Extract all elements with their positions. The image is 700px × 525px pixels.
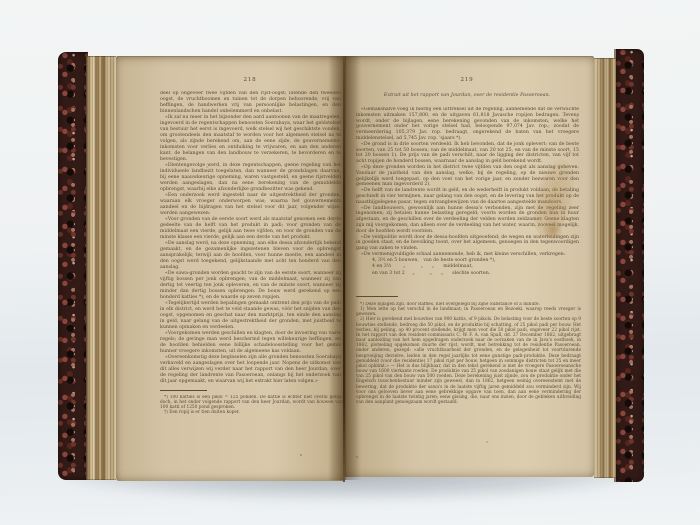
- paragraph: «Ik zal nu meer in het bijzonder den aar…: [160, 115, 341, 163]
- paragraph: «Overeenkomstig deze beginselen zijn all…: [160, 355, 341, 385]
- left-footnote-rule: [160, 390, 207, 391]
- paragraph: «Op deze gronden worden in het district …: [356, 165, 579, 188]
- chapter-header: Extrait uit het rapport van Jourdan, ove…: [356, 92, 578, 98]
- book-gutter-line: [343, 56, 345, 482]
- right-page-footnotes: *) Deze bijlagen zijn, door Raffles, nie…: [356, 302, 581, 476]
- marbled-cover-right: [614, 49, 644, 482]
- foxing-spot: [486, 441, 488, 443]
- footnote: *) 100 katties is één pikol = 125 ponden…: [160, 395, 343, 410]
- footnote: 1) Men lette op het verschil in de landm…: [356, 307, 581, 317]
- foxing-spot: [356, 456, 358, 458]
- foxing-spot: [576, 116, 578, 118]
- right-page-number: 219: [356, 77, 578, 83]
- paragraph: «Voor gronden van de eerste soort werd a…: [160, 217, 341, 241]
- bouwen-list: 4, 3½ en 5 bouwen, van de beste soort gr…: [356, 258, 579, 277]
- photo-canvas: { "palette": { "backdrop": "#eff2f3", "p…: [0, 0, 700, 525]
- open-book: 218 deel op ongeveer twee vijfden van de…: [56, 46, 644, 486]
- paragraph: «Een onderzoek werd ingesteld naar de ui…: [160, 193, 341, 217]
- paragraph: «De grond is in drie soorten verdeeld. I…: [356, 142, 579, 165]
- foxing-spot: [206, 166, 208, 168]
- paragraph: «Tegelijkertijd werden bepalingen gemaak…: [160, 301, 341, 331]
- paragraph: «De sawa-gronden worden geacht te zijn v…: [160, 271, 341, 301]
- left-page-footnotes: *) 100 katties is één pikol = 125 ponden…: [160, 395, 343, 477]
- footnote: †) Een ropij is er tien duiten koper.: [160, 410, 343, 415]
- left-page-number: 218: [160, 77, 340, 83]
- paragraph: «De helft van de landrente wordt in geld…: [356, 188, 579, 205]
- paragraph: «Dientengevolge werd, in deze regentscha…: [160, 163, 341, 193]
- right-page-body-text: «Gemakshalve voeg ik hierbij een uittrek…: [356, 107, 579, 294]
- footnote: 2) Hier is gerekend met bouwties van 900…: [356, 317, 581, 405]
- paragraph: «De landbouwers, gewoonlijk aan hunne de…: [356, 206, 579, 235]
- page-edges-right: [594, 58, 616, 478]
- right-footnote-rule: [356, 296, 398, 297]
- paragraph: «De veldpolitie wordt door de dessa-hoof…: [356, 235, 579, 252]
- paragraph: «De vermenigvuldigde schaal aannemende, …: [356, 252, 579, 258]
- foxing-spot: [300, 454, 302, 456]
- paragraph: «Voorgekomen werden geschillen en klagte…: [160, 331, 341, 355]
- left-page-body-text: deel op ongeveer twee vijfden van den ri…: [160, 91, 341, 387]
- right-paragraphs: «Gemakshalve voeg ik hierbij een uittrek…: [356, 107, 579, 258]
- paragraph: «De aanslag werd, na deze opneming, aan …: [160, 241, 341, 271]
- paragraph: deel op ongeveer twee vijfden van den ri…: [160, 91, 341, 115]
- list-line: en van 3 tot 2 „ „ „ slechte soorten.: [356, 271, 579, 277]
- paragraph: «Gemakshalve voeg ik hierbij een uittrek…: [356, 107, 579, 142]
- page-edges-left: [86, 56, 116, 480]
- marbled-cover-left: [58, 52, 88, 480]
